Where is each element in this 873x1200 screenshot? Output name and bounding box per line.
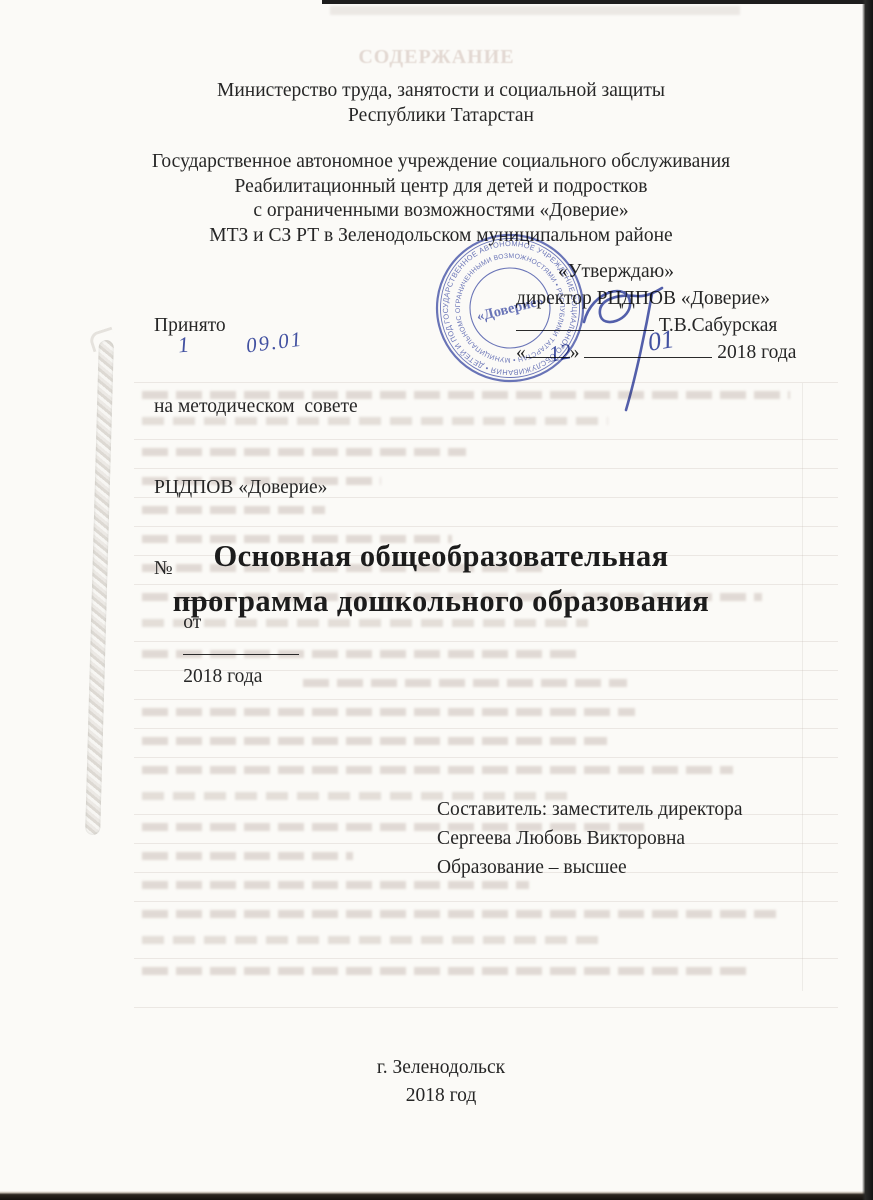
ministry-line: Министерство труда, занятости и социальн… bbox=[20, 78, 862, 103]
bleedthrough-strip bbox=[330, 6, 740, 15]
handwritten-day: 12 bbox=[547, 338, 573, 367]
footer-city: г. Зеленодольск bbox=[20, 1054, 862, 1082]
document-title-line: программа дошкольного образования bbox=[20, 579, 862, 624]
date-blank bbox=[183, 638, 299, 655]
bleedthrough-row bbox=[134, 959, 838, 1008]
scan-edge-right bbox=[862, 0, 873, 1200]
scan-edge-bottom bbox=[0, 1191, 873, 1200]
year-label: 2018 года bbox=[183, 666, 262, 687]
institution-line: с ограниченными возможностями «Доверие» bbox=[20, 199, 862, 224]
institution-line: Государственное автономное учреждение со… bbox=[20, 150, 862, 175]
footer-block: г. Зеленодольск 2018 год bbox=[20, 1054, 862, 1110]
scan-edge-left bbox=[0, 0, 20, 1192]
institution-header: Государственное автономное учреждение со… bbox=[20, 150, 862, 248]
seal-center-text: «Доверие» bbox=[475, 293, 545, 325]
composer-line: Составитель: заместитель директора bbox=[437, 795, 817, 824]
institution-line: Реабилитационный центр для детей и подро… bbox=[20, 175, 862, 200]
signature-tail bbox=[626, 294, 652, 410]
bleedthrough-title: СОДЕРЖАНИЕ bbox=[0, 46, 873, 69]
footer-year: 2018 год bbox=[20, 1082, 862, 1110]
ministry-header: Министерство труда, занятости и социальн… bbox=[20, 78, 862, 128]
bleedthrough-row bbox=[134, 902, 838, 959]
document-title: Основная общеобразовательная программа д… bbox=[20, 534, 862, 624]
accepted-line: РЦДПОВ «Доверие» bbox=[154, 474, 484, 501]
scan-edge-top bbox=[322, 0, 873, 4]
scanned-title-page: СОДЕРЖАНИЕ Министерство труда, занятости… bbox=[0, 0, 873, 1200]
accepted-line: на методическом совете bbox=[154, 393, 484, 420]
composer-block: Составитель: заместитель директора Серге… bbox=[437, 795, 817, 882]
document-title-line: Основная общеобразовательная bbox=[20, 534, 862, 579]
composer-line: Сергеева Любовь Викторовна bbox=[437, 824, 817, 853]
ministry-line: Республики Татарстан bbox=[20, 103, 862, 128]
handwritten-month: 01 bbox=[646, 324, 676, 358]
composer-line: Образование – высшее bbox=[437, 853, 817, 882]
